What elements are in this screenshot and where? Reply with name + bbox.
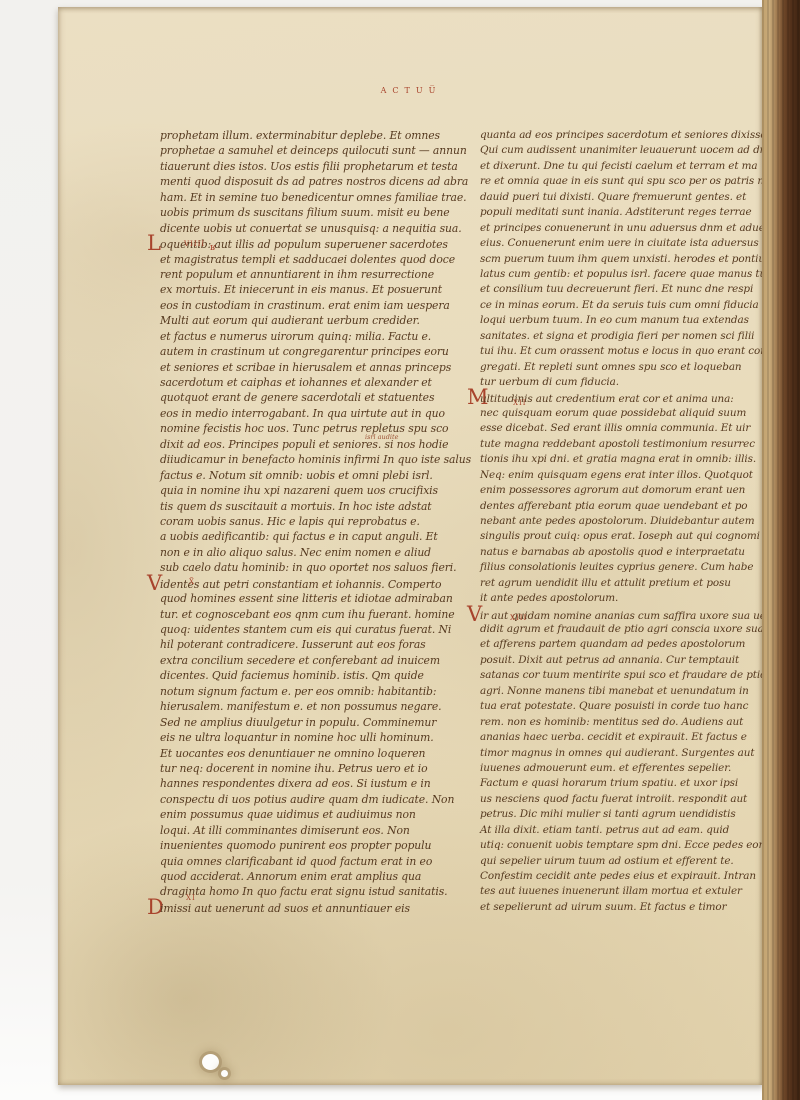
line-text: et afferens partem quandam ad pedes apos… (480, 638, 745, 650)
manuscript-line: agri. Nonne manens tibi manebat et uenun… (480, 684, 780, 699)
manuscript-line: Dimissi aut uenerunt ad suos et annuntia… (160, 900, 472, 915)
line-text: quoq: uidentes stantem cum eis qui curat… (160, 623, 451, 636)
line-text: petrus. Dic mihi mulier si tanti agrum u… (480, 808, 736, 820)
line-text: quotquot erant de genere sacerdotali et … (160, 391, 434, 404)
manuscript-line: et consilium tuu decreuerunt fieri. Et n… (480, 282, 780, 297)
manuscript-line: quia in nomine ihu xpi nazareni quem uos… (160, 483, 472, 498)
manuscript-line: quod acciderat. Annorum enim erat ampliu… (160, 869, 472, 884)
manuscript-line: nec quisquam eorum quae possidebat aliqu… (480, 406, 780, 421)
line-text: ham. Et in semine tuo benedicentur omnes… (160, 191, 467, 204)
line-text: ananias haec uerba. cecidit et expirauit… (480, 731, 747, 743)
line-text: identes aut petri constantiam et iohanni… (160, 578, 441, 591)
line-text: uobis primum ds suscitans filium suum. m… (160, 206, 450, 219)
chapter-numeral: viiii (184, 239, 205, 249)
manuscript-line: et dixerunt. Dne tu qui fecisti caelum e… (480, 159, 780, 174)
manuscript-line: singulis prout cuiq: opus erat. Ioseph a… (480, 529, 780, 544)
chapter-numeral: x̃ (189, 577, 195, 587)
manuscript-line: eius. Conuenerunt enim uere in ciuitate … (480, 236, 780, 251)
manuscript-line: Qui cum audissent unanimiter leuauerunt … (480, 143, 780, 158)
interlinear-gloss: isrl audite (365, 433, 398, 441)
line-text: didit agrum et fraudauit de ptio agri co… (480, 623, 767, 635)
line-text: populi meditati sunt inania. Adstiterunt… (480, 206, 752, 218)
line-text: At illa dixit. etiam tanti. petrus aut a… (480, 824, 729, 836)
line-text: dauid pueri tui dixisti. Quare fremuerun… (480, 191, 746, 203)
manuscript-line: tur neq: docerent in nomine ihu. Petrus … (160, 761, 472, 776)
line-text: nomine fecistis hoc uos. Tunc petrus rep… (160, 422, 448, 435)
manuscript-line: diiudicamur in benefacto hominis infirmi… (160, 452, 472, 467)
manuscript-line: loqui uerbum tuum. In eo cum manum tua e… (480, 313, 780, 328)
chapter-numeral: ʁ (210, 243, 217, 253)
manuscript-line: latus cum gentib: et populus isrl. facer… (480, 267, 780, 282)
line-text: factus e. Notum sit omnib: uobis et omni… (160, 469, 433, 482)
manuscript-line: re et omnia quae in eis sunt qui spu sco… (480, 174, 780, 189)
manuscript-line: Videntes aut petri constantiam et iohann… (160, 576, 472, 591)
manuscript-line: et factus e numerus uirorum quinq: milia… (160, 329, 472, 344)
manuscript-line: eos in medio interrogabant. In qua uirtu… (160, 406, 472, 421)
manuscript-line: et magistratus templi et sadducaei dolen… (160, 252, 472, 267)
line-text: timor magnus in omnes qui audierant. Sur… (480, 747, 754, 759)
manuscript-line: eis ne ultra loquantur in nomine hoc ull… (160, 730, 472, 745)
manuscript-line: dicente uobis ut conuertat se unusquisq:… (160, 221, 472, 236)
rubric-initial: D (147, 900, 160, 915)
manuscript-line: natus e barnabas ab apostolis quod e int… (480, 545, 780, 560)
manuscript-line: nomine fecistis hoc uos. Tunc petrus rep… (160, 421, 472, 436)
manuscript-line: rem. non es hominib: mentitus sed do. Au… (480, 715, 780, 730)
line-text: Multi aut eorum qui audierant uerbum cre… (160, 314, 420, 327)
manuscript-line: tur uerbum di cum fiducia. (480, 375, 780, 390)
line-text: sanitates. et signa et prodigia fieri pe… (480, 330, 754, 342)
line-text: quanta ad eos principes sacerdotum et se… (480, 129, 780, 141)
manuscript-line: et seniores et scribae in hierusalem et … (160, 360, 472, 375)
line-text: eos in custodiam in crastinum. erat enim… (160, 299, 450, 312)
line-text: rem. non es hominib: mentitus sed do. Au… (480, 716, 743, 728)
line-text: tui ihu. Et cum orassent motus e locus i… (480, 345, 767, 357)
line-text: filius consolationis leuites cyprius gen… (480, 561, 753, 573)
manuscript-line: ananias haec uerba. cecidit et expirauit… (480, 730, 780, 745)
line-text: et factus e numerus uirorum quinq: milia… (160, 330, 431, 343)
line-text: re et omnia quae in eis sunt qui spu sco… (480, 175, 772, 187)
manuscript-line: eos in custodiam in crastinum. erat enim… (160, 298, 472, 313)
manuscript-line: hil poterant contradicere. Iusserunt aut… (160, 637, 472, 652)
line-text: latus cum gentib: et populus isrl. facer… (480, 268, 772, 280)
manuscript-line: Loquentib: aut illis ad populum superuen… (160, 236, 472, 251)
manuscript-line: Factum e quasi horarum trium spatiu. et … (480, 776, 780, 791)
line-text: quod acciderat. Annorum enim erat ampliu… (160, 870, 421, 883)
manuscript-line: didit agrum et fraudauit de ptio agri co… (480, 622, 780, 637)
manuscript-line: rent populum et annuntiarent in ihm resu… (160, 267, 472, 282)
manuscript-line: scm puerum tuum ihm quem unxisti. herode… (480, 252, 780, 267)
manuscript-line: quoq: uidentes stantem cum eis qui curat… (160, 622, 472, 637)
line-text: qui sepelier uirum tuum ad ostium et eff… (480, 855, 734, 867)
manuscript-line: posuit. Dixit aut petrus ad annania. Cur… (480, 653, 780, 668)
manuscript-line: tiauerunt dies istos. Uos estis filii pr… (160, 159, 472, 174)
line-text: et sepelierunt ad uirum suum. Et factus … (480, 901, 726, 913)
line-text: et magistratus templi et sadducaei dolen… (160, 253, 455, 266)
manuscript-line: a uobis aedificantib: qui factus e in ca… (160, 529, 472, 544)
line-text: dicente uobis ut conuertat se unusquisq:… (160, 222, 462, 235)
manuscript-line: conspectu di uos potius audire quam dm i… (160, 792, 472, 807)
line-text: sacerdotum et caiphas et iohannes et ale… (160, 376, 432, 389)
line-text: hierusalem. manifestum e. et non possumu… (160, 700, 441, 713)
manuscript-line: prophetam illum. exterminabitur deplebe.… (160, 128, 472, 143)
rubric-initial: M (467, 390, 480, 405)
manuscript-line: tui ihu. Et cum orassent motus e locus i… (480, 344, 780, 359)
manuscript-line: ce in minas eorum. Et da seruis tuis cum… (480, 298, 780, 313)
line-text: Neq: enim quisquam egens erat inter illo… (480, 469, 753, 481)
line-text: quod homines essent sine litteris et idi… (160, 592, 453, 605)
line-text: notum signum factum e. per eos omnib: ha… (160, 685, 436, 698)
line-text: enim possumus quae uidimus et audiuimus … (160, 808, 416, 821)
line-text: et principes conuenerunt in unu aduersus… (480, 222, 800, 234)
book-binding-edge (762, 0, 800, 1100)
manuscript-line: petrus. Dic mihi mulier si tanti agrum u… (480, 807, 780, 822)
manuscript-photo: actuu̅ prophetam illum. exterminabitur d… (0, 0, 800, 1100)
line-text: ex mortuis. Et iniecerunt in eis manus. … (160, 283, 442, 296)
line-text: a uobis aedificantib: qui factus e in ca… (160, 530, 438, 543)
line-text: menti quod disposuit ds ad patres nostro… (160, 175, 468, 188)
line-text: us nesciens quod factu fuerat introiit. … (480, 793, 747, 805)
line-text: dentes afferebant ptia eorum quae uendeb… (480, 500, 747, 512)
manuscript-line: sub caelo datu hominib: in quo oportet n… (160, 560, 472, 575)
rubric-initial: V (147, 576, 160, 591)
rubric-initial: L (147, 236, 160, 251)
line-text: nec quisquam eorum quae possidebat aliqu… (480, 407, 746, 419)
manuscript-line: Multi aut eorum qui audierant uerbum cre… (160, 313, 472, 328)
manuscript-line: quia omnes clarificabant id quod factum … (160, 854, 472, 869)
line-text: non e in alio aliquo salus. Nec enim nom… (160, 546, 431, 559)
manuscript-line: ex mortuis. Et iniecerunt in eis manus. … (160, 282, 472, 297)
line-text: enim possessores agrorum aut domorum era… (480, 484, 745, 496)
line-text: dixit ad eos. Principes populi et senior… (160, 438, 448, 451)
line-text: tur. et cognoscebant eos qnm cum ihu fue… (160, 608, 455, 621)
manuscript-line: dauid pueri tui dixisti. Quare fremuerun… (480, 190, 780, 205)
line-text: singulis prout cuiq: opus erat. Ioseph a… (480, 530, 760, 542)
line-text: iuuenes admouerunt eum. et efferentes se… (480, 762, 731, 774)
line-text: tute magna reddebant apostoli testimoniu… (480, 438, 755, 450)
manuscript-line: Confestim cecidit ante pedes eius et exp… (480, 869, 780, 884)
manuscript-line: qui sepelier uirum tuum ad ostium et eff… (480, 854, 780, 869)
manuscript-line: dixit ad eos. Principes populi et senior… (160, 437, 472, 452)
running-title: actuu̅ (58, 83, 764, 96)
manuscript-line: tur. et cognoscebant eos qnm cum ihu fue… (160, 607, 472, 622)
line-text: tua erat potestate. Quare posuisti in co… (480, 700, 748, 712)
manuscript-line: iuuenes admouerunt eum. et efferentes se… (480, 761, 780, 776)
manuscript-line: quanta ad eos principes sacerdotum et se… (480, 128, 780, 143)
line-text: coram uobis sanus. Hic e lapis qui repro… (160, 515, 420, 528)
line-text: quia omnes clarificabant id quod factum … (160, 855, 432, 868)
manuscript-line: menti quod disposuit ds ad patres nostro… (160, 174, 472, 189)
chapter-numeral: xiii (510, 613, 527, 623)
manuscript-line: et principes conuenerunt in unu aduersus… (480, 221, 780, 236)
rubric-initial: V (467, 607, 480, 622)
manuscript-line: filius consolationis leuites cyprius gen… (480, 560, 780, 575)
line-text: eis ne ultra loquantur in nomine hoc ull… (160, 731, 434, 744)
text-column-right: quanta ad eos principes sacerdotum et se… (480, 128, 780, 915)
manuscript-line: uobis primum ds suscitans filium suum. m… (160, 205, 472, 220)
manuscript-line: gregati. Et repleti sunt omnes spu sco e… (480, 360, 780, 375)
line-text: utiq: conuenit uobis temptare spm dni. E… (480, 839, 770, 851)
line-text: it ante pedes apostolorum. (480, 592, 618, 604)
manuscript-line: hierusalem. manifestum e. et non possumu… (160, 699, 472, 714)
manuscript-line: Et uocantes eos denuntiauer ne omnino lo… (160, 746, 472, 761)
line-text: loqui uerbum tuum. In eo cum manum tua e… (480, 314, 749, 326)
manuscript-line: it ante pedes apostolorum. (480, 591, 780, 606)
manuscript-line: timor magnus in omnes qui audierant. Sur… (480, 746, 780, 761)
manuscript-line: sacerdotum et caiphas et iohannes et ale… (160, 375, 472, 390)
line-text: et seniores et scribae in hierusalem et … (160, 361, 451, 374)
manuscript-line: sanitates. et signa et prodigia fieri pe… (480, 329, 780, 344)
manuscript-line: factus e. Notum sit omnib: uobis et omni… (160, 468, 472, 483)
line-text: ce in minas eorum. Et da seruis tuis cum… (480, 299, 759, 311)
manuscript-line: nebant ante pedes apostolorum. Diuideban… (480, 514, 780, 529)
line-text: Qui cum audissent unanimiter leuauerunt … (480, 144, 776, 156)
manuscript-line: At illa dixit. etiam tanti. petrus aut a… (480, 823, 780, 838)
line-text: extra concilium secedere et conferebant … (160, 654, 440, 667)
line-text: prophetam illum. exterminabitur deplebe.… (160, 129, 440, 142)
manuscript-line: notum signum factum e. per eos omnib: ha… (160, 684, 472, 699)
manuscript-line: quod homines essent sine litteris et idi… (160, 591, 472, 606)
manuscript-line: prophetae a samuhel et deinceps quilocut… (160, 143, 472, 158)
line-text: rent populum et annuntiarent in ihm resu… (160, 268, 434, 281)
manuscript-line: inuenientes quomodo punirent eos propter… (160, 838, 472, 853)
manuscript-line: satanas cor tuum mentirite spui sco et f… (480, 668, 780, 683)
manuscript-line: ret agrum uendidit illu et attulit preti… (480, 576, 780, 591)
manuscript-line: et sepelierunt ad uirum suum. Et factus … (480, 900, 780, 915)
line-text: tur neq: docerent in nomine ihu. Petrus … (160, 762, 427, 775)
line-text: satanas cor tuum mentirite spui sco et f… (480, 669, 766, 681)
manuscript-line: hannes respondentes dixera ad eos. Si iu… (160, 776, 472, 791)
manuscript-line: extra concilium secedere et conferebant … (160, 653, 472, 668)
line-text: Sed ne amplius diuulgetur in populu. Com… (160, 716, 436, 729)
line-text: scm puerum tuum ihm quem unxisti. herode… (480, 253, 783, 265)
manuscript-line: Sed ne amplius diuulgetur in populu. Com… (160, 715, 472, 730)
manuscript-line: Neq: enim quisquam egens erat inter illo… (480, 468, 780, 483)
chapter-numeral: xii (513, 398, 527, 408)
manuscript-line: ham. Et in semine tuo benedicentur omnes… (160, 190, 472, 205)
manuscript-line: tis quem ds suscitauit a mortuis. In hoc… (160, 499, 472, 514)
line-text: eos in medio interrogabant. In qua uirtu… (160, 407, 445, 420)
manuscript-line: coram uobis sanus. Hic e lapis qui repro… (160, 514, 472, 529)
line-text: posuit. Dixit aut petrus ad annania. Cur… (480, 654, 739, 666)
manuscript-line: loqui. At illi comminantes dimiserunt eo… (160, 823, 472, 838)
line-text: eius. Conuenerunt enim uere in ciuitate … (480, 237, 759, 249)
line-text: inuenientes quomodo punirent eos propter… (160, 839, 431, 852)
line-text: loqui. At illi comminantes dimiserunt eo… (160, 824, 410, 837)
line-text: hil poterant contradicere. Iusserunt aut… (160, 638, 426, 651)
manuscript-line: draginta homo In quo factu erat signu is… (160, 884, 472, 899)
manuscript-line: tua erat potestate. Quare posuisti in co… (480, 699, 780, 714)
line-text: et dixerunt. Dne tu qui fecisti caelum e… (480, 160, 757, 172)
line-text: draginta homo In quo factu erat signu is… (160, 885, 447, 898)
manuscript-line: tes aut iuuenes inuenerunt illam mortua … (480, 884, 780, 899)
manuscript-line: quotquot erant de genere sacerdotali et … (160, 390, 472, 405)
manuscript-line: non e in alio aliquo salus. Nec enim nom… (160, 545, 472, 560)
parchment-hole (221, 1070, 228, 1077)
parchment-page: actuu̅ prophetam illum. exterminabitur d… (58, 7, 764, 1085)
manuscript-line: tute magna reddebant apostoli testimoniu… (480, 437, 780, 452)
line-text: hannes respondentes dixera ad eos. Si iu… (160, 777, 431, 790)
manuscript-line: autem in crastinum ut congregarentur pri… (160, 344, 472, 359)
line-text: tionis ihu xpi dni. et gratia magna erat… (480, 453, 756, 465)
line-text: tiauerunt dies istos. Uos estis filii pr… (160, 160, 458, 173)
line-text: imissi aut uenerunt ad suos et annuntiau… (160, 902, 410, 915)
line-text: Et uocantes eos denuntiauer ne omnino lo… (160, 747, 425, 760)
line-text: dicentes. Quid faciemus hominib. istis. … (160, 669, 424, 682)
line-text: quia in nomine ihu xpi nazareni quem uos… (160, 484, 438, 497)
line-text: natus e barnabas ab apostolis quod e int… (480, 546, 745, 558)
manuscript-line: enim possumus quae uidimus et audiuimus … (160, 807, 472, 822)
manuscript-line: enim possessores agrorum aut domorum era… (480, 483, 780, 498)
manuscript-line: dentes afferebant ptia eorum quae uendeb… (480, 499, 780, 514)
parchment-hole (202, 1054, 219, 1070)
line-text: gregati. Et repleti sunt omnes spu sco e… (480, 361, 742, 373)
manuscript-line: dicentes. Quid faciemus hominib. istis. … (160, 668, 472, 683)
manuscript-line: et afferens partem quandam ad pedes apos… (480, 637, 780, 652)
line-text: Confestim cecidit ante pedes eius et exp… (480, 870, 756, 882)
line-text: prophetae a samuhel et deinceps quilocut… (160, 144, 467, 157)
line-text: conspectu di uos potius audire quam dm i… (160, 793, 454, 806)
chapter-numeral: xi (186, 893, 196, 903)
line-text: autem in crastinum ut congregarentur pri… (160, 345, 449, 358)
manuscript-line: tionis ihu xpi dni. et gratia magna erat… (480, 452, 780, 467)
line-text: tis quem ds suscitauit a mortuis. In hoc… (160, 500, 432, 513)
manuscript-line: esse dicebat. Sed erant illis omnia comm… (480, 421, 780, 436)
line-text: Factum e quasi horarum trium spatiu. et … (480, 777, 738, 789)
line-text: agri. Nonne manens tibi manebat et uenun… (480, 685, 749, 697)
manuscript-line: us nesciens quod factu fuerat introiit. … (480, 792, 780, 807)
line-text: diiudicamur in benefacto hominis infirmi… (160, 453, 471, 466)
line-text: sub caelo datu hominib: in quo oportet n… (160, 561, 456, 574)
line-text: tur uerbum di cum fiducia. (480, 376, 619, 388)
line-text: tes aut iuuenes inuenerunt illam mortua … (480, 885, 742, 897)
manuscript-line: populi meditati sunt inania. Adstiterunt… (480, 205, 780, 220)
line-text: nebant ante pedes apostolorum. Diuideban… (480, 515, 754, 527)
text-column-left: prophetam illum. exterminabitur deplebe.… (160, 128, 472, 915)
manuscript-line: utiq: conuenit uobis temptare spm dni. E… (480, 838, 780, 853)
line-text: esse dicebat. Sed erant illis omnia comm… (480, 422, 750, 434)
line-text: ret agrum uendidit illu et attulit preti… (480, 577, 731, 589)
line-text: et consilium tuu decreuerunt fieri. Et n… (480, 283, 753, 295)
